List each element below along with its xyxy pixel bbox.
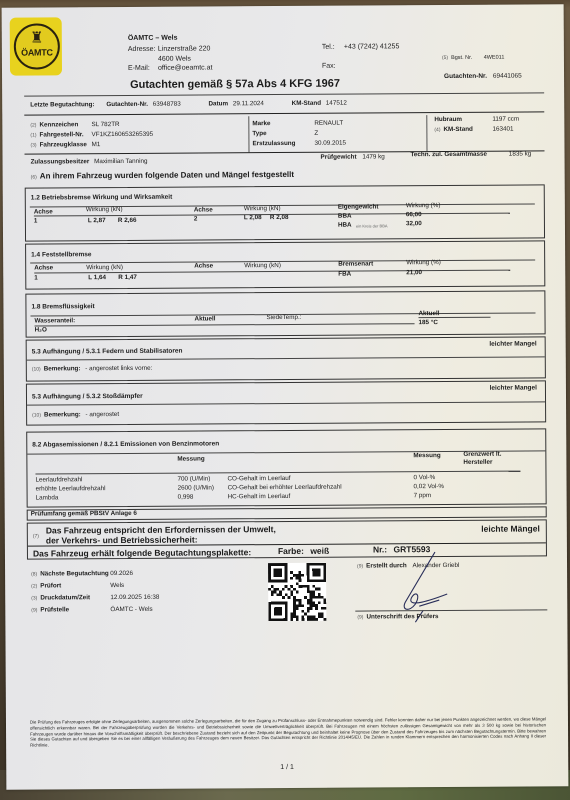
- ort-label: Prüfort: [40, 580, 110, 591]
- defect-item: 5.3 Aufhängung / 5.3.1 Federn und Stabil…: [26, 336, 546, 381]
- erstzulassung-value: 30.09.2015: [314, 140, 346, 147]
- oeamtc-logo: ♜ ÖAMTC: [10, 17, 62, 75]
- pruefgewicht-label: Prüfgewicht: [321, 154, 357, 161]
- fba-value: 21,00: [406, 269, 422, 276]
- h2o-label: H₂O: [35, 326, 47, 333]
- col-wirkung: Wirkung (kN): [86, 206, 123, 213]
- emission-row-parameter: CO-Gehalt im Leerlauf: [227, 475, 290, 482]
- axle-2-right: R 2,08: [270, 214, 289, 221]
- tel-value: +43 (7242) 41255: [344, 43, 400, 50]
- parking-brake-section: 1.4 Feststellbremse Achse Wirkung (kN) A…: [25, 240, 545, 289]
- col-achse-2: Achse: [194, 206, 213, 213]
- gutachten-value: 69441065: [493, 73, 522, 80]
- pb-axle-1-right: R 1,47: [118, 274, 137, 281]
- axle-1-left: L 2,87: [88, 217, 106, 224]
- stelle-label: Prüfstelle: [40, 604, 110, 615]
- defect-item: 5.3 Aufhängung / 5.3.2 Stoßdämpfer leich…: [26, 380, 546, 425]
- marke-value: RENAULT: [314, 120, 343, 127]
- emissions-col-grenzwert: Grenzwert lt. Hersteller: [463, 451, 525, 467]
- kennzeichen-value: SL 782TR: [91, 121, 119, 128]
- axle-2-left: L 2,08: [244, 214, 262, 221]
- klasse-code: (3): [30, 143, 36, 149]
- brake-fluid-section: 1.8 Bremsflüssigkeit Wasseranteil: Aktue…: [25, 290, 545, 337]
- marke-label: Marke: [252, 119, 314, 129]
- wasser-aktuell-label: Aktuell: [195, 315, 216, 322]
- defect-remark: (10)Bemerkung: - angerostet links vorne:: [32, 365, 153, 373]
- km-value: 163401: [492, 126, 513, 133]
- pb-axle-1-left: L 1,64: [88, 274, 106, 281]
- farbe-label: Farbe:: [278, 546, 304, 556]
- address-label: Adresse:: [128, 46, 156, 53]
- defect-severity: leichter Mangel: [489, 340, 536, 347]
- pruefgewicht-field: Prüfgewicht 1479 kg: [321, 153, 385, 160]
- org-name: ÖAMTC – Wels: [128, 35, 178, 42]
- stelle-value: ÖAMTC - Wels: [110, 606, 152, 613]
- ort-value: Wels: [110, 582, 124, 589]
- next-code: (8): [31, 572, 37, 578]
- remark-code: (10): [32, 366, 41, 372]
- emission-row-name: Leerlaufdrehzahl: [35, 476, 82, 483]
- emission-row-parameter: CO-Gehalt bei erhöhter Leerlaufdrehzahl: [228, 484, 342, 492]
- emissions-title: 8.2 Abgasemissionen / 8.2.1 Emissionen v…: [32, 440, 219, 448]
- emissions-rows: Leerlaufdrehzahl700 (U/Min)CO-Gehalt im …: [27, 429, 545, 432]
- logo-emblem: ♜ ÖAMTC: [14, 23, 60, 69]
- hba-note: ein Kreis der BBA: [356, 223, 388, 228]
- qr-code[interactable]: [268, 563, 326, 621]
- logo-text: ÖAMTC: [16, 47, 58, 57]
- pb-axle-1: 1: [34, 275, 38, 282]
- sig-label: Unterschrift des Prüfers: [366, 613, 438, 620]
- bba-value: 66,00: [406, 211, 422, 218]
- findings-text: An ihrem Fahrzeug wurden folgende Daten …: [40, 170, 294, 181]
- inspection-report-page: ♜ ÖAMTC ÖAMTC – Wels Adresse: Linzerstra…: [2, 4, 569, 789]
- col-eigengewicht: Eigengewicht: [338, 203, 379, 210]
- emission-row-value: 700 (U/Min): [177, 475, 210, 482]
- fba-label: FBA: [338, 271, 351, 278]
- defect-title: 5.3 Aufhängung / 5.3.2 Stoßdämpfer: [32, 393, 143, 401]
- next-label: Nächste Begutachtung: [40, 568, 110, 579]
- kennzeichen-label: Kennzeichen: [39, 120, 91, 130]
- address-line1: Linzerstraße 220: [158, 45, 211, 52]
- defect-title: 5.3 Aufhängung / 5.3.1 Federn und Stabil…: [32, 348, 183, 356]
- erstellt-code: (9): [357, 564, 363, 570]
- type-value: Z: [314, 130, 318, 137]
- email-value[interactable]: office@oeamtc.at: [158, 64, 212, 71]
- vehicle-make-block: MarkeRENAULT TypeZ Erstzulassung30.09.20…: [252, 119, 346, 150]
- vehicle-divider-2: [426, 115, 427, 151]
- parking-brake-rule: [30, 259, 535, 263]
- last-km-value: 147512: [326, 100, 347, 107]
- hba-value: 32,00: [406, 220, 422, 227]
- result-statement: Das Fahrzeug entspricht den Erforderniss…: [46, 524, 276, 545]
- emission-row-name: erhöhte Leerlaufdrehzahl: [36, 485, 106, 492]
- hubraum-value: 1197 ccm: [492, 116, 519, 123]
- result-line-1: Das Fahrzeug entspricht den Erforderniss…: [46, 524, 276, 535]
- result-code: (7): [33, 534, 39, 540]
- plakette-label: Das Fahrzeug erhält folgende Begutachtun…: [33, 547, 251, 558]
- erstzulassung-label: Erstzulassung: [252, 139, 314, 149]
- emissions-col-messung-2: Messung: [413, 452, 440, 459]
- last-inspection-label: Letzte Begutachtung:: [30, 101, 94, 108]
- tel-label: Tel.:: [322, 44, 335, 51]
- scope-text: Prüfumfang gemäß PBStV Anlage 6: [31, 510, 137, 518]
- next-value: 09.2026: [110, 570, 133, 577]
- siede-rule: [419, 317, 491, 318]
- klasse-value: M1: [92, 141, 101, 148]
- qr-code-icon: [268, 563, 326, 621]
- remark-code: (10): [32, 412, 41, 418]
- bgst-field: (5)Bgst. Nr. 4WE011: [442, 55, 504, 61]
- axle-1: 1: [34, 218, 38, 225]
- hba-label: HBA: [338, 222, 352, 229]
- remark-label: Bemerkung:: [44, 411, 81, 418]
- ort-code: (2): [31, 584, 37, 590]
- owner-field: Zulassungsbesitzer Maximilian Tanning: [31, 158, 148, 166]
- fax-label: Fax:: [322, 63, 336, 70]
- brake-fluid-row-rule: [35, 323, 415, 326]
- findings-code: (6): [31, 175, 37, 181]
- gesamtmasse-value: 1835 kg: [509, 150, 531, 157]
- axle-2: 2: [194, 216, 198, 223]
- result-verdict: leichte Mängel: [481, 523, 540, 533]
- service-brake-title: 1.2 Betriebsbremse Wirkung und Wirksamke…: [31, 194, 173, 202]
- signature-label-field: (9)Unterschrift des Prüfers: [357, 613, 438, 620]
- pb-col-achse: Achse: [34, 264, 53, 271]
- pb-col-wirkung: Wirkung (kN): [86, 264, 123, 271]
- gesamtmasse-label: Techn. zul. Gesamtmasse: [411, 151, 488, 158]
- vehicle-divider-1: [248, 116, 249, 152]
- km-code: (4): [434, 127, 440, 133]
- plakette-farbe: Farbe: weiß: [278, 546, 329, 556]
- bgst-label: Bgst. Nr.: [451, 55, 472, 61]
- emission-row-name: Lambda: [36, 494, 59, 501]
- bgst-code: (5): [442, 55, 448, 61]
- pb-col-bremsenart: Bremsenart: [338, 260, 373, 267]
- owner-value: Maximilian Tanning: [94, 158, 147, 165]
- kennzeichen-code: (2): [30, 123, 36, 129]
- defect-rule: [27, 401, 545, 405]
- gesamtmasse-field: Techn. zul. Gesamtmasse 1835 kg: [411, 150, 532, 158]
- type-label: Type: [252, 129, 314, 139]
- gutachten-label: Gutachten-Nr.: [444, 73, 487, 80]
- remark-text: - angerostet links vorne:: [85, 365, 152, 372]
- emissions-section: 8.2 Abgasemissionen / 8.2.1 Emissionen v…: [26, 428, 546, 507]
- brake-fluid-title: 1.8 Bremsflüssigkeit: [31, 303, 94, 310]
- findings-heading: (6)An ihrem Fahrzeug wurden folgende Dat…: [31, 170, 294, 181]
- last-km-label: KM-Stand: [292, 100, 321, 107]
- farbe-value: weiß: [310, 546, 329, 556]
- pb-col-achse-2: Achse: [194, 262, 213, 269]
- sig-code: (9): [357, 615, 363, 621]
- last-date-value: 29.11.2024: [233, 100, 264, 107]
- document-title: Gutachten gemäß § 57a Abs 4 KFG 1967: [130, 78, 340, 91]
- hubraum-label: Hubraum: [434, 115, 492, 125]
- last-gutachten-value: 63948783: [153, 101, 181, 108]
- siede-value: 185 °C: [419, 319, 438, 326]
- gutachten-number: Gutachten-Nr. 69441065: [444, 73, 522, 80]
- druck-code: (3): [31, 596, 37, 602]
- last-inspection: Letzte Begutachtung: Gutachten-Nr. 63948…: [30, 100, 347, 109]
- fgn-label: Fahrgestell-Nr.: [39, 130, 91, 140]
- scope-bar: Prüfumfang gemäß PBStV Anlage 6: [27, 506, 547, 520]
- pb-col-wirkung-pct: Wirkung (%): [406, 259, 441, 266]
- bgst-value: 4WE011: [484, 55, 505, 61]
- fgn-value: VF1KZ160653265395: [91, 131, 153, 138]
- last-date-label: Datum: [208, 100, 228, 107]
- klasse-label: Fahrzeugklasse: [40, 140, 92, 150]
- axle-1-right: R 2,66: [118, 217, 137, 224]
- remark-text: - angerostet: [85, 411, 119, 418]
- bottom-info: (8)Nächste Begutachtung09.2026 (2)Prüfor…: [31, 568, 159, 617]
- emission-row-parameter: HC-Gehalt im Leerlauf: [228, 493, 291, 500]
- remark-label: Bemerkung:: [44, 365, 81, 372]
- footer-disclaimer: Die Prüfung des Fahrzeuges erfolgte ohne…: [30, 716, 546, 748]
- stelle-code: (9): [31, 608, 37, 614]
- col-wirkung-pct: Wirkung (%): [406, 202, 441, 209]
- emission-row-value: 2600 (U/Min): [178, 484, 214, 491]
- defect-severity: leichter Mangel: [490, 384, 537, 391]
- emission-row-measurement: 0,02 Vol-%: [414, 483, 445, 490]
- km-label: KM-Stand: [443, 125, 492, 135]
- vehicle-id-block: (2)KennzeichenSL 782TR (1)Fahrgestell-Nr…: [30, 120, 153, 151]
- page-indicator: 1 / 1: [280, 764, 294, 771]
- pruefgewicht-value: 1479 kg: [362, 153, 384, 160]
- bba-label: BBA: [338, 213, 352, 220]
- emissions-col-messung: Messung: [177, 455, 204, 462]
- fgn-code: (1): [30, 133, 36, 139]
- siede-label: SiedeTemp.:: [266, 314, 301, 321]
- defect-rule: [27, 356, 545, 360]
- email-label: E-Mail:: [128, 65, 150, 72]
- wasser-label: Wasseranteil:: [35, 317, 76, 324]
- service-brake-section: 1.2 Betriebsbremse Wirkung und Wirksamke…: [25, 184, 545, 241]
- druck-value: 12.09.2025 16:38: [110, 594, 159, 601]
- header-divider: [24, 92, 544, 96]
- emissions-header-rule: [35, 471, 520, 475]
- emission-row-measurement: 7 ppm: [414, 492, 432, 499]
- druck-label: Druckdatum/Zeit: [40, 592, 110, 603]
- address-line2: 4600 Wels: [158, 56, 191, 63]
- emission-row-measurement: 0 Vol-%: [413, 474, 435, 481]
- owner-label: Zulassungsbesitzer: [31, 158, 90, 165]
- pb-col-wirkung-2: Wirkung (kN): [244, 262, 281, 269]
- parking-brake-title: 1.4 Feststellbremse: [31, 251, 91, 258]
- last-gutachten-label: Gutachten-Nr.: [106, 101, 148, 108]
- defect-remark: (10)Bemerkung: - angerostet: [32, 411, 119, 419]
- eagle-icon: ♜: [26, 29, 48, 47]
- emission-row-value: 0,998: [178, 494, 194, 501]
- col-wirkung-2: Wirkung (kN): [244, 205, 281, 212]
- vehicle-engine-block: Hubraum1197 ccm (4)KM-Stand163401: [434, 115, 519, 136]
